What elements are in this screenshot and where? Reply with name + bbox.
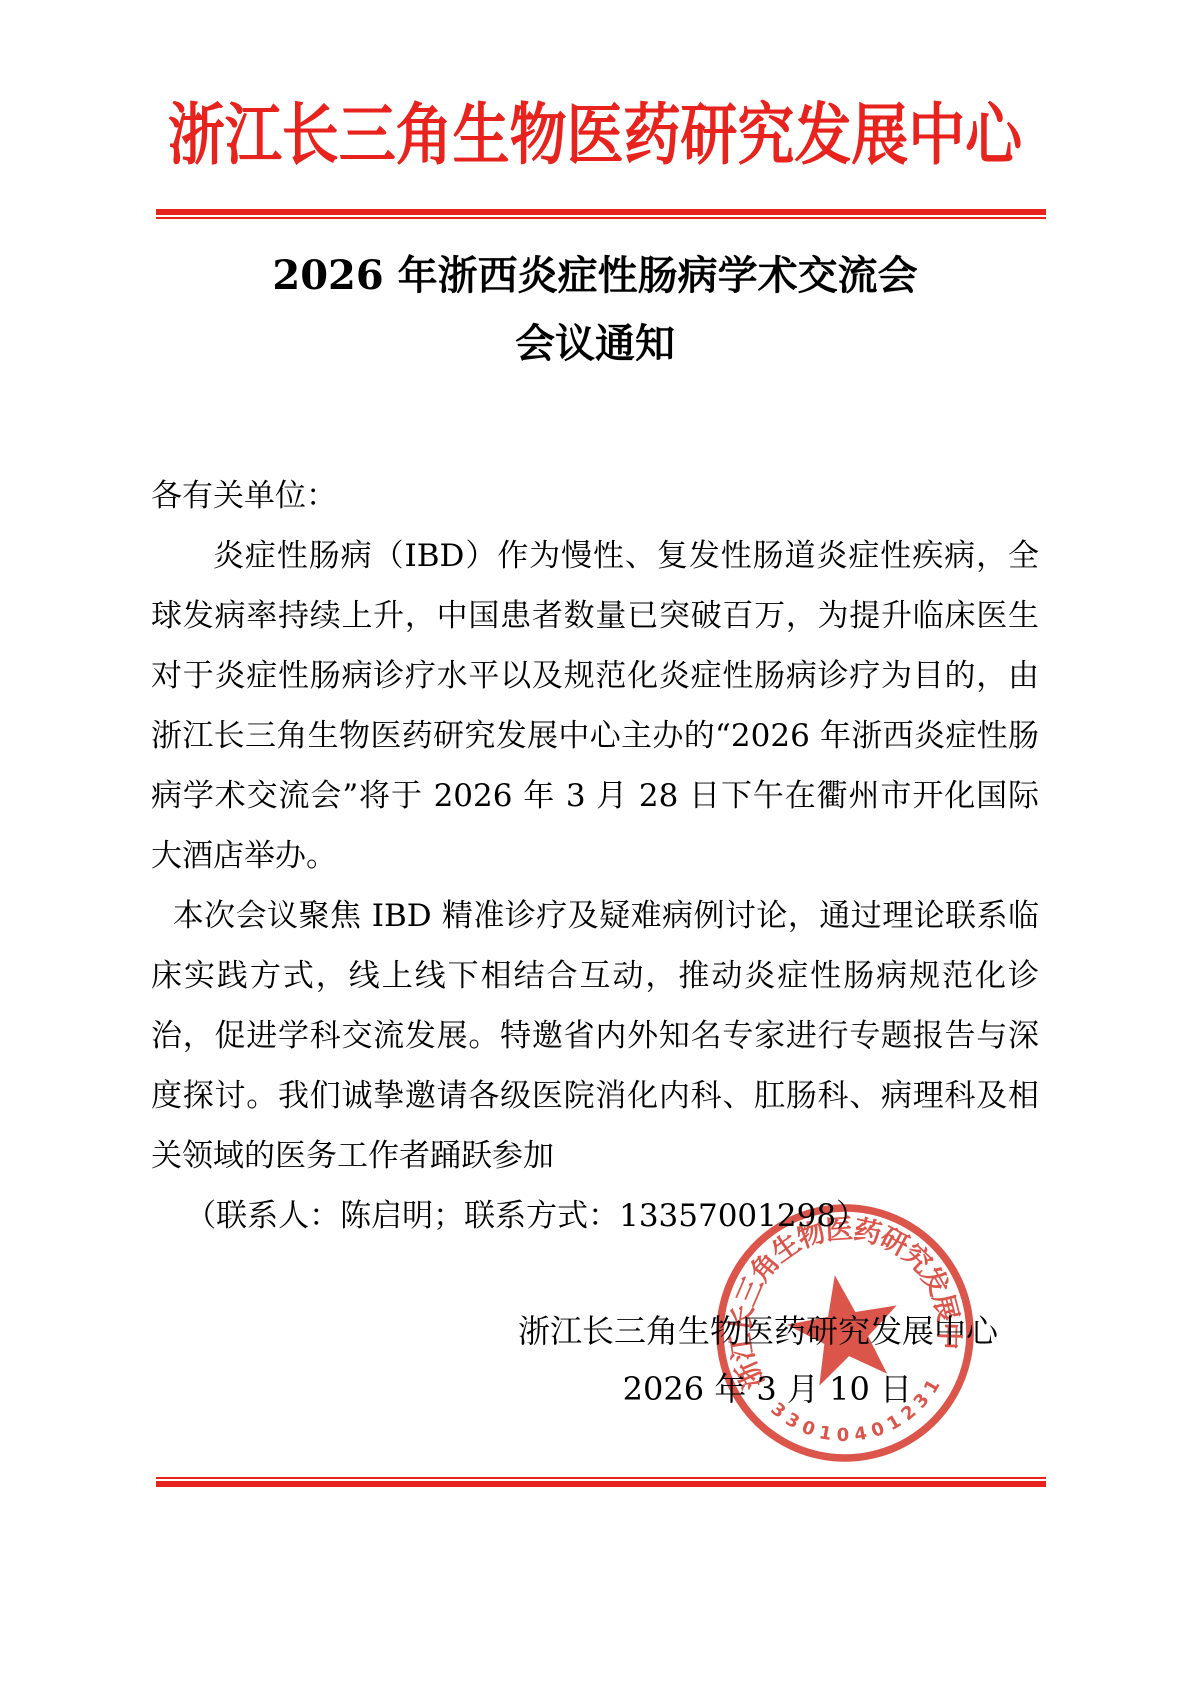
document-title: 2026 年浙西炎症性肠病学术交流会 — [0, 248, 1190, 304]
letterhead-divider — [156, 209, 1046, 219]
signature-org: 浙江长三角生物医药研究发展中心 — [0, 1308, 1190, 1354]
divider-thin-line — [156, 217, 1046, 219]
salutation: 各有关单位： — [151, 466, 1039, 526]
paragraph-2: 本次会议聚焦 IBD 精准诊疗及疑难病例讨论，通过理论联系临床实践方式，线上线下… — [151, 886, 1039, 1186]
letterhead-org-name: 浙江长三角生物医药研究发展中心 — [89, 86, 1101, 186]
paragraph-1: 炎症性肠病（IBD）作为慢性、复发性肠道炎症性疾病，全球发病率持续上升，中国患者… — [151, 526, 1039, 886]
official-seal-stamp: 浙江长三角生物医药研究发展中心 3301040123196 — [680, 1168, 1009, 1497]
document-page: 浙江长三角生物医药研究发展中心 2026 年浙西炎症性肠病学术交流会 会议通知 … — [0, 0, 1190, 1683]
body-text: 各有关单位： 炎症性肠病（IBD）作为慢性、复发性肠道炎症性疾病，全球发病率持续… — [151, 466, 1039, 1246]
signature-date: 2026 年 3 月 10 日 — [0, 1366, 1190, 1412]
document-subtitle: 会议通知 — [0, 316, 1190, 372]
divider-thick-line — [156, 1481, 1046, 1487]
footer-divider — [156, 1477, 1046, 1487]
seal-star-icon — [780, 1266, 908, 1390]
